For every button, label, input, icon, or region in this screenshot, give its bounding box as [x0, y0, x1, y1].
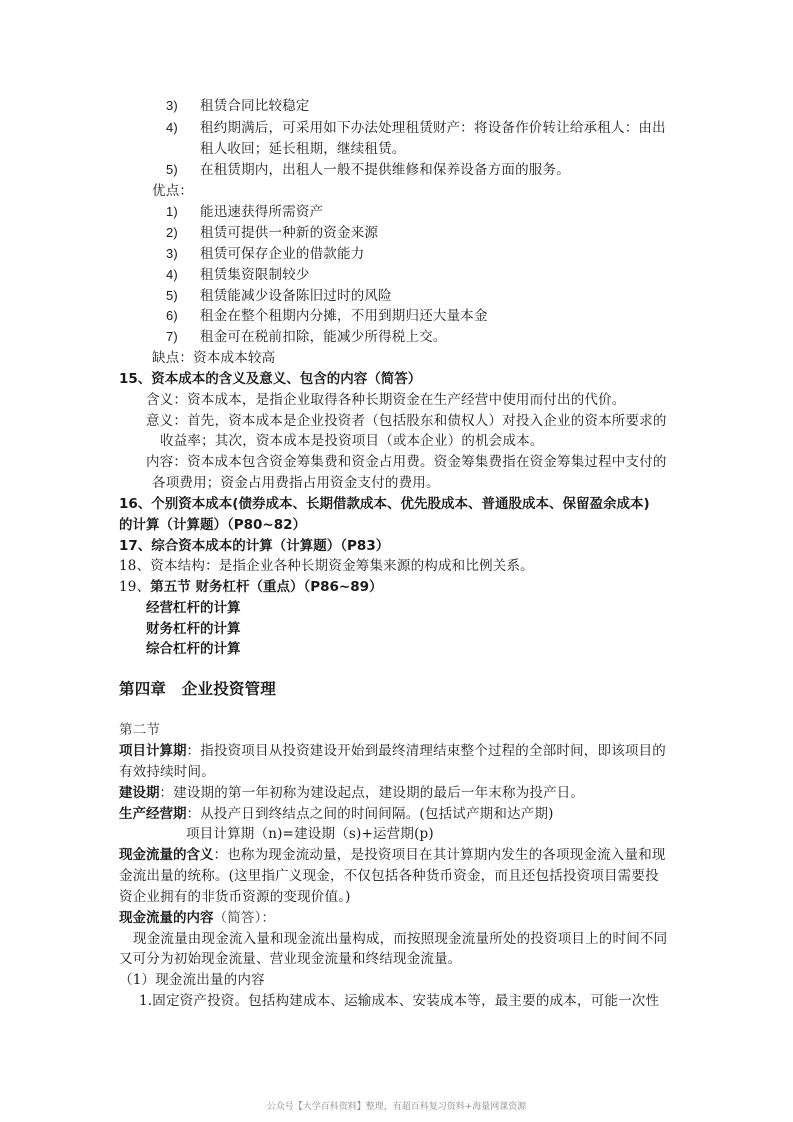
outflow-heading: （1）现金流出量的内容 — [119, 971, 265, 989]
section-16-heading-cont: 的计算（计算题）（P80~82） — [119, 516, 306, 534]
section-18: 18、资本结构：是指企业各种长期资金筹集来源的构成和比例关系。 — [119, 557, 534, 575]
document-page: 3)租赁合同比较稳定 4)租约期满后，可采用如下办法处理租赁财产：将设备作价转让… — [0, 0, 793, 1122]
advantage-item: 4)租赁集资限制较少 — [166, 266, 310, 284]
project-period: 项目计算期：指投资项目从投资建设开始到最终清理结束整个过程的全部时间，即该项目的 — [119, 742, 666, 760]
section-15-heading: 15、资本成本的含义及意义、包含的内容（简答） — [119, 370, 421, 388]
operation-period: 生产经营期：从投产日到终结点之间的时间间隔。(包括试产期和达产期) — [119, 805, 554, 823]
cashflow-meaning-cont: 资企业拥有的非货币资源的变现价值。) — [119, 888, 351, 906]
cashflow-content-text: 现金流量由现金流入量和现金流出量构成，而按照现金流量所处的投资项目上的时间不同 — [133, 930, 667, 948]
chapter-title: 第四章 企业投资管理 — [119, 680, 276, 698]
section-15-significance-cont: 收益率；其次，资本成本是投资项目（或本企业）的机会成本。 — [160, 432, 544, 450]
advantage-item: 2)租赁可提供一种新的资金来源 — [166, 224, 378, 242]
leverage-item: 综合杠杆的计算 — [146, 640, 241, 658]
advantage-item: 3)租赁可保存企业的借款能力 — [166, 245, 364, 263]
section-15-content: 内容：资本成本包含资金筹集费和资金占用费。资金筹集费指在资金筹集过程中支付的 — [146, 453, 667, 471]
advantage-item: 5)租赁能减少设备陈旧过时的风险 — [166, 287, 392, 305]
section-15-significance: 意义：首先，资本成本是企业投资者（包括股东和债权人）对投入企业的资本所要求的 — [146, 412, 667, 430]
lease-item-4: 4)租约期满后，可采用如下办法处理租赁财产：将设备作价转让给承租人：由出 — [166, 119, 666, 137]
project-period-cont: 有效持续时间。 — [119, 763, 215, 781]
formula: 项目计算期（n)=建设期（s)+运营期(p) — [186, 825, 434, 843]
lease-item-5: 5)在租赁期内，出租人一般不提供维修和保养设备方面的服务。 — [166, 161, 570, 179]
page-footer: 公众号【大学百科资料】整理，有超百科复习资料+海量网课资源 — [0, 1099, 793, 1112]
advantage-item: 1)能迅速获得所需资产 — [166, 203, 323, 221]
lease-item-3: 3)租赁合同比较稳定 — [166, 97, 310, 115]
section-15-content-cont: 各项费用；资金占用费指占用资金支付的费用。 — [152, 474, 440, 492]
cashflow-meaning: 现金流量的含义：也称为现金流动量，是投资项目在其计算期内发生的各项现金流入量和现 — [119, 846, 666, 864]
leverage-item: 财务杠杆的计算 — [146, 620, 241, 638]
leverage-item: 经营杠杆的计算 — [146, 599, 241, 617]
disadvantage-text: 缺点：资本成本较高 — [152, 349, 275, 367]
cashflow-content-text-cont: 又可分为初始现金流量、营业现金流量和终结现金流量。 — [119, 950, 462, 968]
outflow-item-1: 1.固定资产投资。包括构建成本、运输成本、安装成本等，最主要的成本，可能一次性 — [139, 992, 659, 1010]
cashflow-content-heading: 现金流量的内容（简答）： — [119, 909, 275, 927]
lease-item-4-cont: 租人收回；延长租期，继续租赁。 — [200, 140, 406, 158]
construction-period: 建设期：建设期的第一年初称为建设起点，建设期的最后一年末称为投产日。 — [119, 784, 584, 802]
cashflow-meaning-cont: 金流出量的统称。(这里指广义现金，不仅包括各种货币资金，而且还包括投资项目需要投 — [119, 867, 659, 885]
advantage-item: 6)租金在整个租期内分摊，不用到期归还大量本金 — [166, 307, 488, 325]
section-16-heading: 16、个别资本成本(债券成本、长期借款成本、优先股成本、普通股成本、保留盈余成本… — [119, 495, 650, 513]
section-15-meaning: 含义：资本成本，是指企业取得各种长期资金在生产经营中使用而付出的代价。 — [146, 391, 626, 409]
section-17-heading: 17、综合资本成本的计算（计算题）（P83） — [119, 537, 389, 555]
section-19-heading: 19、第五节 财务杠杆（重点）（P86~89） — [119, 578, 383, 596]
advantages-label: 优点： — [152, 182, 193, 200]
advantage-item: 7)租金可在税前扣除，能减少所得税上交。 — [166, 328, 447, 346]
section-label: 第二节 — [119, 721, 160, 739]
